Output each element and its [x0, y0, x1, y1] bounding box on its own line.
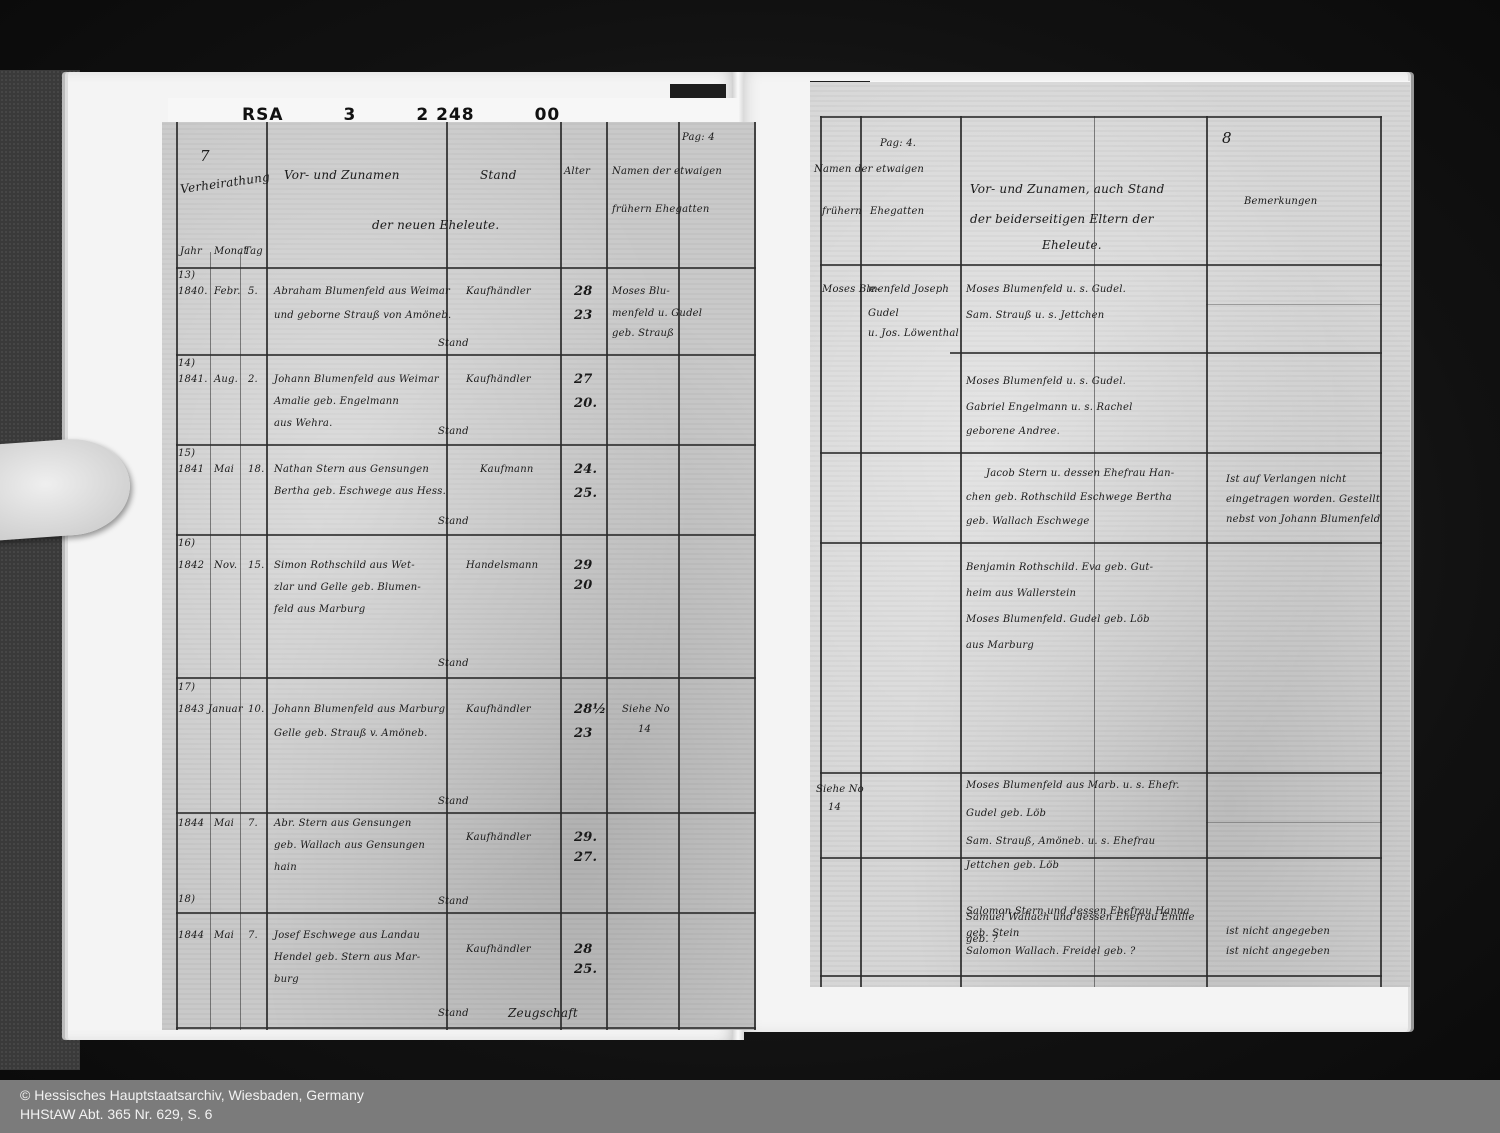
entry-age-groom: 27	[574, 370, 593, 391]
entry-status: Kaufmann	[480, 462, 534, 478]
header-date-group: Verheirathung	[179, 168, 271, 200]
entry-prev-spouse: Siehe No	[816, 782, 864, 798]
entry-age-bride: 23	[574, 306, 593, 327]
entry-status: Kaufhändler	[466, 702, 531, 718]
entry-name-line: Simon Rothschild aus Wet-	[274, 558, 415, 574]
entry-year: 1842	[178, 558, 204, 574]
entry-status: Kaufhändler	[466, 284, 531, 300]
entry-stand-mark: Stand	[438, 894, 469, 910]
entry-remark: ist nicht angegeben	[1226, 924, 1330, 940]
entry-parents-line: Moses Blumenfeld u. s. Gudel.	[966, 374, 1126, 390]
entry-number: 18)	[178, 892, 195, 908]
header-parents-sub: der beiderseitigen Eltern der	[970, 210, 1154, 229]
page-ref: Pag: 4	[682, 130, 715, 146]
entry-prev-spouse: geb. Strauß	[612, 326, 674, 342]
entry-name-line: aus Wehra.	[274, 416, 332, 432]
header-prev-spouse-sub: frühern Ehegatten	[612, 202, 710, 218]
entry-status: Kaufhändler	[466, 830, 531, 846]
entry-name-line: Nathan Stern aus Gensungen	[274, 462, 429, 478]
entry-status: Handelsmann	[466, 558, 538, 574]
entry-parents-line: heim aus Wallerstein	[966, 586, 1076, 602]
entry-month: Mai	[214, 816, 234, 832]
entry-name-line: Hendel geb. Stern aus Mar-	[274, 950, 420, 966]
header-prev-spouse: Namen der etwaigen	[612, 164, 722, 180]
entry-month: Aug.	[214, 372, 238, 388]
archive-reference: HHStAW Abt. 365 Nr. 629, S. 6	[20, 1105, 1500, 1124]
entry-month: Mai	[214, 462, 234, 478]
entry-year: 1840.	[178, 284, 208, 300]
entry-day: 2.	[248, 372, 258, 388]
entry-name-line: geb. Wallach aus Gensungen	[274, 838, 425, 854]
entry-parents-line: Gudel geb. Löb	[966, 806, 1046, 822]
entry-day: 10.	[248, 702, 265, 718]
entry-number: 14)	[178, 356, 195, 372]
copyright-line: © Hessisches Hauptstaatsarchiv, Wiesbade…	[20, 1086, 1500, 1105]
page-ref: Pag: 4.	[880, 136, 916, 152]
header-remarks: Bemerkungen	[1244, 194, 1317, 210]
entry-prev-spouse: 14	[638, 722, 651, 738]
entry-age-groom: 28	[574, 282, 593, 303]
entry-stand-mark: Stand	[438, 514, 469, 530]
entry-name-line: hain	[274, 860, 297, 876]
entry-name-line: zlar und Gelle geb. Blumen-	[274, 580, 421, 596]
header-month: Monat	[214, 244, 248, 260]
entry-parents-line: Samuel Wallach und dessen Ehefrau Emilie	[966, 910, 1195, 926]
entry-age-groom: 28½	[574, 700, 606, 721]
entry-status: Kaufhändler	[466, 942, 531, 958]
entry-year: 1841	[178, 462, 204, 478]
entry-stand-mark: Stand	[438, 794, 469, 810]
header-parents-sub2: Eheleute.	[1042, 236, 1102, 255]
entry-day: 5.	[248, 284, 258, 300]
entry-prev-spouse: u. Jos. Löwenthal	[868, 326, 959, 342]
entry-day: 7.	[248, 928, 258, 944]
entry-parents-line: geb. ?	[966, 932, 998, 948]
header-status: Stand	[480, 166, 517, 185]
entry-age-groom: 24.	[574, 460, 597, 481]
entry-stand-mark: Stand	[438, 656, 469, 672]
header-col-b: Ehegatten	[870, 204, 924, 220]
entry-month: Nov.	[214, 558, 237, 574]
entry-parents-line: Moses Blumenfeld aus Marb. u. s. Ehefr.	[966, 778, 1180, 794]
entry-remark: eingetragen worden. Gestellt	[1226, 492, 1380, 508]
entry-month: Mai	[214, 928, 234, 944]
entry-name-line: burg	[274, 972, 299, 988]
header-parents: Vor- und Zunamen, auch Stand	[970, 180, 1165, 199]
page-number: 8	[1222, 126, 1232, 150]
entry-name-line: Josef Eschwege aus Landau	[274, 928, 420, 944]
entry-year: 1843	[178, 702, 204, 718]
entry-number: 15)	[178, 446, 195, 462]
entry-remark: nebst von Johann Blumenfeld	[1226, 512, 1380, 528]
entry-remark: Ist auf Verlangen nicht	[1226, 472, 1346, 488]
header-col-a: frühern	[822, 204, 862, 220]
entry-month: Febr.	[214, 284, 241, 300]
entry-day: 15.	[248, 558, 265, 574]
entry-parents-line: geb. Wallach Eschwege	[966, 514, 1090, 530]
entry-parents-line: Moses Blumenfeld u. s. Gudel.	[966, 282, 1126, 298]
entry-age-bride: 25.	[574, 484, 597, 505]
open-register-book: RSA 3 2 248 00 RSA 3 2 248 00 7 Verheira…	[68, 72, 1413, 1042]
entry-age-groom: 29	[574, 556, 593, 577]
entry-parents-line: Jacob Stern u. dessen Ehefrau Han-	[986, 466, 1174, 482]
right-register-sheet: Pag: 4. Namen der etwaigen frühern Ehega…	[810, 82, 1410, 987]
archive-caption-bar: © Hessisches Hauptstaatsarchiv, Wiesbade…	[0, 1080, 1500, 1133]
entry-prev-spouse: menfeld Joseph	[868, 282, 949, 298]
entry-month: Januar	[208, 702, 243, 718]
header-age: Alter	[564, 164, 590, 180]
entry-name-line: Amalie geb. Engelmann	[274, 394, 399, 410]
left-register-sheet: 7 Verheirathung Jahr Monat Tag Vor- und …	[162, 122, 756, 1030]
entry-remark: ist nicht angegeben	[1226, 944, 1330, 960]
entry-parents-line: Sam. Strauß, Amöneb. u. s. Ehefrau	[966, 834, 1155, 850]
header-names-sub: der neuen Eheleute.	[372, 216, 499, 235]
entry-number: 17)	[178, 680, 195, 696]
entry-age-groom: 28	[574, 940, 593, 961]
entry-parents-line: Sam. Strauß u. s. Jettchen	[966, 308, 1104, 324]
entry-parents-line: Gabriel Engelmann u. s. Rachel	[966, 400, 1133, 416]
entry-name-line: feld aus Marburg	[274, 602, 365, 618]
entry-name-line: Bertha geb. Eschwege aus Hess.	[274, 484, 446, 500]
entry-age-bride: 20.	[574, 394, 597, 415]
entry-parents-line: Jettchen geb. Löb	[966, 858, 1059, 874]
entry-year: 1844	[178, 928, 204, 944]
page-number: 7	[200, 144, 210, 168]
entry-year: 1844	[178, 816, 204, 832]
entry-status: Kaufhändler	[466, 372, 531, 388]
entry-parents-line: aus Marburg	[966, 638, 1034, 654]
entry-parents-line: Moses Blumenfeld. Gudel geb. Löb	[966, 612, 1150, 628]
entry-age-bride: 25.	[574, 960, 597, 981]
entry-prev-spouse: Siehe No	[622, 702, 670, 718]
header-year: Jahr	[180, 244, 202, 260]
entry-age-bride: 23	[574, 724, 593, 745]
entry-number: 16)	[178, 536, 195, 552]
entry-name-line: Johann Blumenfeld aus Marburg	[274, 702, 445, 718]
entry-name-line: Abraham Blumenfeld aus Weimar	[274, 284, 450, 300]
entry-day: 18.	[248, 462, 265, 478]
header-prev-cont: Namen der etwaigen	[814, 162, 924, 178]
entry-number: 13)	[178, 268, 195, 284]
entry-age-bride: 27.	[574, 848, 597, 869]
entry-day: 7.	[248, 816, 258, 832]
entry-age-bride: 20	[574, 576, 593, 597]
entry-age-groom: 29.	[574, 828, 597, 849]
entry-parents-line: Benjamin Rothschild. Eva geb. Gut-	[966, 560, 1153, 576]
entry-year: 1841.	[178, 372, 208, 388]
entry-stand-mark: Stand	[438, 424, 469, 440]
entry-name-line: Gelle geb. Strauß v. Amöneb.	[274, 726, 427, 742]
entry-name-line: und geborne Strauß von Amöneb.	[274, 308, 451, 324]
entry-name-line: Johann Blumenfeld aus Weimar	[274, 372, 439, 388]
entry-name-line: Abr. Stern aus Gensungen	[274, 816, 411, 832]
entry-stand-mark: Stand	[438, 1006, 469, 1022]
entry-prev-spouse: menfeld u. Gudel	[612, 306, 702, 322]
entry-prev-spouse: Gudel	[868, 306, 899, 322]
entry-footer-note: Zeugschaft	[508, 1004, 578, 1023]
entry-stand-mark: Stand	[438, 336, 469, 352]
entry-parents-line: geborene Andree.	[966, 424, 1060, 440]
header-names: Vor- und Zunamen	[284, 166, 400, 185]
entry-parents-line: chen geb. Rothschild Eschwege Bertha	[966, 490, 1172, 506]
entry-prev-spouse: 14	[828, 800, 841, 816]
entry-prev-spouse: Moses Blu-	[612, 284, 670, 300]
header-day: Tag	[244, 244, 263, 260]
